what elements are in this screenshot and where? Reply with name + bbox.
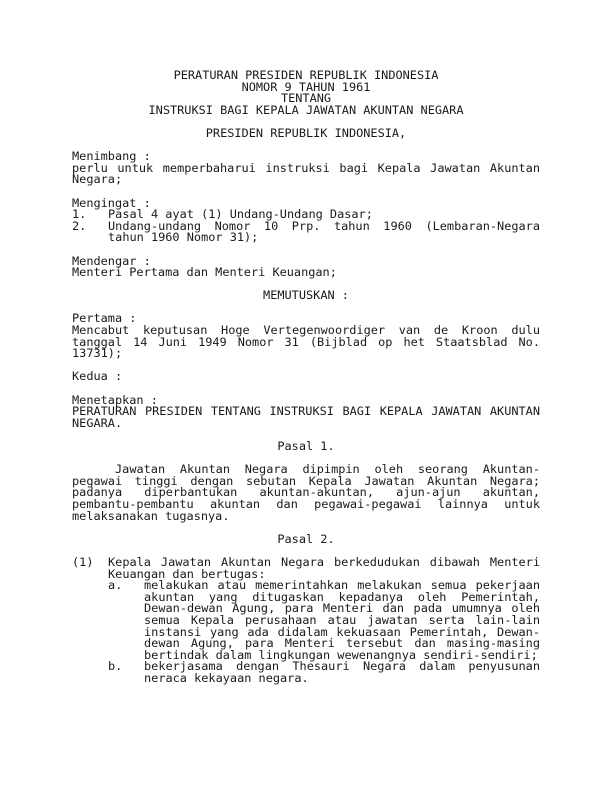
- president-heading: PRESIDEN REPUBLIK INDONESIA,: [72, 128, 540, 140]
- pasal-2-ayat-1: (1) Kepala Jawatan Akuntan Negara berked…: [72, 557, 540, 685]
- item-letter: b.: [108, 661, 144, 684]
- item-text: melakukan atau memerintahkan melakukan s…: [144, 580, 540, 661]
- section-text: PERATURAN PRESIDEN TENTANG INSTRUKSI BAG…: [72, 406, 540, 429]
- mengingat-section: Mengingat : 1. Pasal 4 ayat (1) Undang-U…: [72, 198, 540, 244]
- item-letter: a.: [108, 580, 144, 661]
- memutuskan-heading: MEMUTUSKAN :: [72, 290, 540, 302]
- list-item: a. melakukan atau memerintahkan melakuka…: [108, 580, 540, 661]
- document-page: PERATURAN PRESIDEN REPUBLIK INDONESIA NO…: [72, 70, 540, 684]
- title-line: INSTRUKSI BAGI KEPALA JAWATAN AKUNTAN NE…: [72, 105, 540, 117]
- menimbang-section: Menimbang : perlu untuk memperbaharui in…: [72, 151, 540, 186]
- section-text: perlu untuk memperbaharui instruksi bagi…: [72, 163, 540, 186]
- ayat-text: Kepala Jawatan Akuntan Negara berkeduduk…: [108, 557, 540, 580]
- pasal-2-heading: Pasal 2.: [72, 534, 540, 546]
- kedua-section: Kedua :: [72, 371, 540, 383]
- section-label: Kedua :: [72, 371, 540, 383]
- section-text: Menteri Pertama dan Menteri Keuangan;: [72, 267, 540, 279]
- pasal-1-heading: Pasal 1.: [72, 441, 540, 453]
- section-text: Mencabut keputusan Hoge Vertegenwoordige…: [72, 325, 540, 360]
- item-number: 2.: [72, 221, 108, 244]
- document-title: PERATURAN PRESIDEN REPUBLIK INDONESIA NO…: [72, 70, 540, 116]
- ayat-number: (1): [72, 557, 108, 685]
- pertama-section: Pertama : Mencabut keputusan Hoge Verteg…: [72, 313, 540, 359]
- mendengar-section: Mendengar : Menteri Pertama dan Menteri …: [72, 256, 540, 279]
- list-item: b. bekerjasama dengan Thesauri Negara da…: [108, 661, 540, 684]
- menetapkan-section: Menetapkan : PERATURAN PRESIDEN TENTANG …: [72, 395, 540, 430]
- item-text: bekerjasama dengan Thesauri Negara dalam…: [144, 661, 540, 684]
- list-item: 2. Undang-undang Nomor 10 Prp. tahun 196…: [72, 221, 540, 244]
- pasal-1-text: Jawatan Akuntan Negara dipimpin oleh seo…: [72, 464, 540, 522]
- item-text: Undang-undang Nomor 10 Prp. tahun 1960 (…: [108, 221, 540, 244]
